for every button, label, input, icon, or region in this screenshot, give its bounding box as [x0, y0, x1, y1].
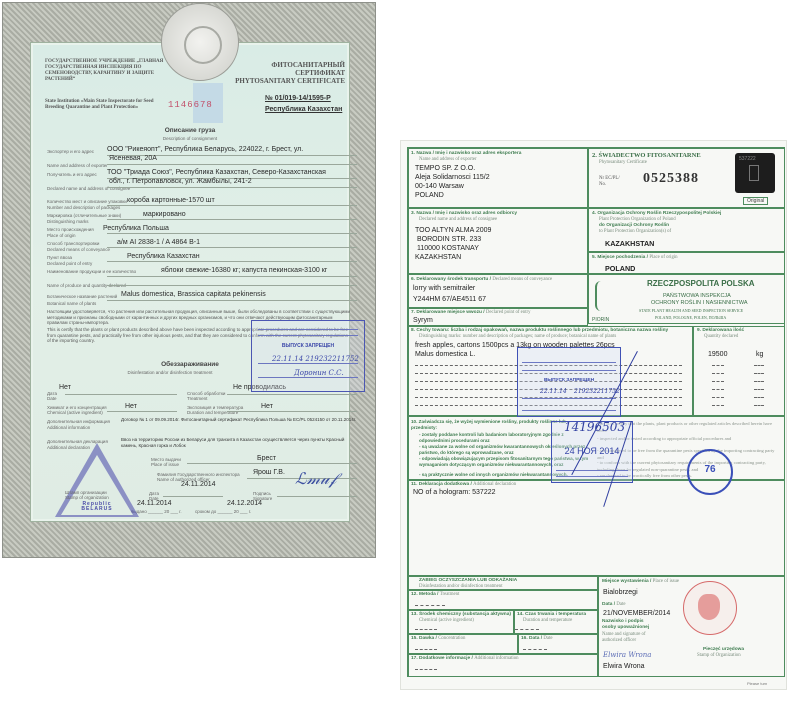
release-prohibited-stamp: ВЫПУСК ЗАПРЕЩЕН 22.11.14 219232211752 [517, 347, 621, 417]
box-label-2-en: to Plant Protection Organization(s) of [599, 229, 671, 234]
officer-name: Elwira Wrona [603, 663, 645, 670]
exporter-line: TEMPO SP. Z O.O. [415, 165, 475, 172]
piorin-line: STATE PLANT HEALTH AND SEED INSPECTION S… [639, 308, 743, 313]
chemical-value: Нет [125, 403, 137, 410]
destination-org-value: KAZAKHSTAN [605, 239, 654, 248]
label-en: Date [47, 396, 57, 401]
label-pl: 12. Metoda [411, 592, 436, 597]
label-en: Number and description of packages [47, 205, 120, 210]
field-exporter: Экспортер и его адрес ООО "Рикеяопт", Ре… [47, 146, 357, 168]
label-ru: Пункт ввоза [47, 255, 72, 260]
label-pl: 11. Deklaracja dodatkowa [411, 482, 469, 487]
consignee-line: BORODIN STR. 233 [417, 236, 481, 243]
label-pl: 15. Dawka [411, 636, 434, 641]
goods-line: Malus domestica L. [415, 351, 475, 358]
hologram-icon: 537222 [735, 153, 775, 193]
poland-phytosanitary-certificate: 1. Nazwa / Imię i nazwisko oraz adres ek… [400, 140, 787, 690]
botanical-value: Malus domestica, Brassica capitata pekin… [121, 291, 266, 298]
box-certificate-number: 2. ŚWIADECTWO FITOSANITARNE Phytosanitar… [588, 148, 785, 208]
box-quantity: 9. Deklarowana ilość Quantity declared 1… [693, 326, 785, 416]
label-en: Distinguishing marks [47, 219, 89, 224]
issue-date-value: 21/NOVEMBER/2014 [603, 610, 670, 617]
certificate-title: ФИТОСАНИТАРНЫЙ СЕРТИФИКАТ PHYTOSANITARY … [235, 61, 345, 85]
label-ru: Количество мест и описание упаковки [47, 199, 127, 204]
additional-info-row: Дополнительная информация Additional inf… [47, 417, 357, 431]
box-chemical: 13. Środek chemiczny (substancja aktywna… [408, 610, 514, 634]
quantity-unit: kg [756, 351, 763, 358]
conveyance-line: Y244HM 67/AE4511 67 [413, 296, 486, 303]
stamp-handwriting: 22.11.14 [540, 388, 567, 395]
box-conveyance: 6. Deklarowany środek transportu / Decla… [408, 274, 588, 308]
place-of-issue-label: Miejsce wystawienia / Place of issue [602, 579, 679, 584]
field-entry-point: Пункт ввоза Республика Казахстан Declare… [47, 253, 357, 267]
label-en: Name and address of exporter [47, 163, 108, 168]
officer-signature: Elwira Wrona [603, 651, 651, 659]
box-label-en: Name and address of exporter [419, 157, 477, 162]
place-of-issue-value: Bialobrzegi [603, 589, 638, 596]
box-label-en: Plant Protection Organization of Poland [599, 217, 676, 222]
label-ru: Получатель и его адрес [47, 172, 97, 177]
label-en: Treatment [440, 592, 460, 597]
box-label-en: Phytosanitary Certificate [599, 160, 647, 165]
label-pl: Data [602, 602, 612, 607]
piorin-logo-icon [595, 281, 611, 311]
box-duration: 14. Czas trwania i temperatura Duration … [514, 610, 598, 634]
nr-label: Nr EC/PL/ [599, 176, 620, 181]
box-additional-declaration: 11. Deklaracja dodatkowa / Additional de… [408, 480, 785, 576]
field-consignee: Получатель и его адрес ТОО "Триада Союз"… [47, 169, 357, 191]
piorin-line: PAŃSTWOWA INSPEKCJA [663, 293, 731, 299]
label-pl: 5. Miejsce pochodzenia [592, 255, 645, 260]
place-of-issue-value: Брест [257, 455, 276, 462]
box-label: 8. Cechy towaru: liczba i rodzaj opakowa… [411, 328, 668, 333]
additional-info-value: Договор № 1 от 09.09.2014г. Фитосанитарн… [121, 417, 359, 423]
stamp-label-en: Stamp of Organization [697, 653, 741, 658]
additional-declaration-value: NO of a hologram: 537222 [413, 489, 496, 496]
box-label-en: Chemical (active ingredient) [419, 618, 474, 623]
box-place-of-origin: 5. Miejsce pochodzenia / Place of origin… [588, 252, 785, 274]
label-en: Place of issue [151, 462, 179, 467]
release-prohibited-stamp: ВЫПУСК ЗАПРЕЩЕН 22.11.14 219232211752 До… [251, 320, 365, 392]
label-ru: Ботаническое название растений [47, 294, 117, 299]
label-pl: 6. Deklarowany środek transportu [411, 277, 488, 282]
label-en: Place of origin [47, 233, 76, 238]
label-en: Stamp of organization [65, 495, 109, 500]
exporter-line: 00-140 Warsaw [415, 183, 464, 190]
stamp-handwriting: Доронин С.С. [294, 369, 344, 377]
box-treatment-method: 12. Metoda / Treatment [408, 590, 598, 610]
box-label: 17. Dodatkowe informacje / Additional in… [411, 656, 519, 661]
conveyance-value: а/м AI 2838-1 / A 4864 B-1 [117, 239, 200, 246]
label-en: Additional information [47, 425, 90, 430]
title-en: PHYTOSANITARY CERTIFICATE [235, 77, 345, 85]
additional-declaration-value: Ввоз на территорию России из Беларуси дл… [121, 437, 361, 448]
box-label: 9. Deklarowana ilość [697, 328, 744, 333]
nr-label-en: No. [599, 182, 606, 187]
label-en: Declared point of entry [486, 310, 531, 315]
stamp-label: Pieczęć urzędowa [703, 647, 744, 652]
label-en: Place of issue [653, 579, 679, 584]
box-plant-protection-org: 4. Organizacja Ochrony Roślin Rzeczyposp… [588, 208, 785, 252]
origin-value: Республика Польша [103, 225, 169, 232]
treatment-row-2: Химикат и его концентрация Chemical (act… [47, 402, 357, 416]
stamp-title: ВЫПУСК ЗАПРЕЩЕН [518, 378, 620, 383]
exporter-line: POLAND [415, 192, 444, 199]
box-label: 4. Organizacja Ochrony Roślin Rzeczyposp… [592, 211, 721, 216]
exporter-value: ООО "Рикеяопт", Республика Беларусь, 224… [107, 146, 303, 153]
customs-circle-stamp: 76 [687, 449, 733, 495]
stamp-handwriting: 22.11.14 219232211752 [272, 355, 359, 363]
label-ru: Маркировка (отличительные знаки) [47, 213, 121, 218]
label-en: Concentration [438, 636, 465, 641]
label-en: Chemical (active ingredient) [47, 410, 103, 415]
hologram-number: 537222 [739, 156, 756, 162]
packages-value: короба картонные-1570 шт [127, 197, 215, 204]
box-label-2: do Organizacji Ochrony Roślin [599, 223, 669, 228]
piorin-title: RZECZPOSPOLITA POLSKA [647, 279, 755, 288]
stamp-number: 76 [689, 464, 731, 475]
box-treatment-header: ZABIEG OCZYSZCZANIA LUB ODKAŻANIA Disinf… [408, 576, 598, 590]
consignment-subtitle: Description of consignment [3, 136, 377, 141]
piorin-line: OCHRONY ROŚLIN I NASIENNICTWA [651, 300, 748, 306]
box-label: 15. Dawka / Concentration [411, 636, 465, 641]
piorin-line: POLAND, POLOGNE, POLEN, ПОЛЬША [655, 315, 726, 320]
field-conveyance: Способ транспортировки а/м AI 2838-1 / A… [47, 239, 357, 253]
label-ru: Место происхождения [47, 227, 94, 232]
label-pl: 17. Dodatkowe informacje [411, 656, 470, 661]
box-label-en: Disinfestation and/or disinfection treat… [419, 584, 503, 589]
box-label: 12. Metoda / Treatment [411, 592, 459, 597]
box-label: 16. Data / Date [521, 636, 552, 641]
marks-value: маркировано [143, 211, 186, 218]
consignee-value: ТОО "Триада Союз", Республика Казахстан,… [107, 169, 326, 176]
box-issue: Miejsce wystawienia / Place of issue Bia… [598, 576, 785, 677]
destination-country: Республика Казахстан [265, 106, 342, 113]
box-label: 1. Nazwa / Imię i nazwisko oraz adres ek… [411, 151, 521, 156]
box-label: 11. Deklaracja dodatkowa / Additional de… [411, 482, 516, 487]
issued-date: 24.11.2014 [137, 500, 172, 507]
label-en: Additional information [474, 656, 518, 661]
consignee-line: TOO ALTYN ALMA 2009 [415, 227, 491, 234]
box-label: 2. ŚWIADECTWO FITOSANITARNE [592, 152, 701, 159]
hologram-mark [749, 165, 759, 181]
box-label: 5. Miejsce pochodzenia / Place of origin [592, 255, 678, 260]
label-en: Declared means of conveyance [47, 247, 110, 252]
label-pl: 7. Deklarowane miejsce wwozu [411, 310, 482, 315]
label-en: Date [616, 602, 625, 607]
produce-value: яблоки свежие-16380 кг; капуста пекинска… [161, 267, 327, 274]
exporter-value-line2: Ясеневая, 20А [109, 155, 157, 162]
box-label: 6. Deklarowany środek transportu / Decla… [411, 277, 552, 282]
quantity-value: 19500 [708, 351, 727, 358]
institution-name-ru: ГОСУДАРСТВЕННОЕ УЧРЕЖДЕНИЕ „ГЛАВНАЯ ГОСУ… [45, 59, 165, 83]
label-ru: Дополнительная информация [47, 419, 110, 424]
label-en: Botanical name of plants [47, 301, 96, 306]
entry-point-value: Республика Казахстан [127, 253, 200, 260]
piorin-logo-text: PIORIN [592, 317, 609, 323]
field-botanical-name: Ботаническое название растений Malus dom… [47, 291, 357, 307]
origin-value: POLAND [605, 264, 635, 273]
officer-label-en: Name and signature of authorized officer [602, 632, 652, 644]
label-ru: Способ транспортировки [47, 241, 99, 246]
valid-until-suffix: сроком до ______ 20 ___ г. [195, 509, 251, 514]
consignment-title: Описание груза [3, 127, 377, 134]
consignee-line: KAZAKHSTAN [415, 254, 461, 261]
label-en: Date [543, 636, 552, 641]
field-origin: Место происхождения Республика Польша Pl… [47, 225, 357, 239]
label-en: Declared point of entry [47, 261, 92, 266]
officer-label: Nazwisko i podpis osoby upoważnionej [602, 619, 652, 631]
serial-number: 1146678 [168, 100, 213, 110]
box-label: 7. Deklarowane miejsce wwozu / Declared … [411, 310, 531, 315]
consignee-value-line2: обл., г. Петропавловск, ул. Жамбылы, 241… [109, 178, 252, 185]
box-label: 13. Środek chemiczny (substancja aktywna… [411, 612, 511, 617]
original-label: Original [743, 197, 768, 205]
certificate-number: 0525388 [643, 171, 699, 187]
treatment-date-value: Нет [59, 384, 71, 391]
title-ru: ФИТОСАНИТАРНЫЙ СЕРТИФИКАТ [235, 61, 345, 77]
label-en: Treatment [187, 396, 207, 401]
label-ru: Наименование продукции и ее количество [47, 269, 136, 274]
belarus-emblem-icon [161, 3, 239, 81]
field-marks: Маркировка (отличительные знаки) маркиро… [47, 211, 357, 225]
field-packages: Количество мест и описание упаковки коро… [47, 197, 357, 211]
box-point-of-entry: 7. Deklarowane miejsce wwozu / Declared … [408, 308, 588, 326]
stamp-text: Republic BELARUS [71, 502, 123, 512]
label-en: Declared means of conveyance [492, 277, 552, 282]
box-label-en: Declared name and address of consignee [419, 217, 497, 222]
box-additional-info: 17. Dodatkowe informacje / Additional in… [408, 654, 598, 677]
box-consignee: 3. Nazwa / Imię i nazwisko oraz adres od… [408, 208, 588, 274]
box-exporter: 1. Nazwa / Imię i nazwisko oraz adres ek… [408, 148, 588, 208]
valid-until-date: 24.12.2014 [227, 500, 262, 507]
box-label: 3. Nazwa / Imię i nazwisko oraz adres od… [411, 211, 517, 216]
inspector-signature: ℒ𝓂𝓊𝒻 [295, 469, 336, 489]
duration-value: Нет [261, 403, 273, 410]
box-label-en: Quantity declared [704, 334, 738, 339]
exporter-line: Aleja Solidarnosci 115/2 [415, 174, 490, 181]
date-value: 24.11.2014 [181, 481, 216, 488]
field-produce: Наименование продукции и ее количество я… [47, 267, 357, 283]
consignee-line: 110000 KOSTANAY [417, 245, 479, 252]
entry-point-value: Syrym [413, 317, 433, 324]
belarus-phytosanitary-certificate: ГОСУДАРСТВЕННОЕ УЧРЕЖДЕНИЕ „ГЛАВНАЯ ГОСУ… [2, 2, 376, 558]
label-pl: Miejsce wystawienia [602, 579, 649, 584]
official-seal-icon [683, 581, 737, 635]
box-label: 14. Czas trwania i temperatura [517, 612, 586, 617]
piorin-header: PIORIN RZECZPOSPOLITA POLSKA PAŃSTWOWA I… [588, 274, 785, 324]
label-pl: 16. Data [521, 636, 539, 641]
box-treatment-date: 16. Data / Date [518, 634, 598, 654]
date-label: Data / Date [602, 602, 625, 607]
stamp-title: ВЫПУСК ЗАПРЕЩЕН [252, 343, 364, 349]
institution-name-en: State Institution «Main State Inspectora… [45, 99, 165, 111]
box-label-en: Duration and temperature [523, 618, 572, 623]
conveyance-line: lorry with semitrailer [413, 285, 475, 292]
box-concentration: 15. Dawka / Concentration [408, 634, 518, 654]
officer-name: Ярош Г.В. [253, 469, 285, 476]
box-label: ZABIEG OCZYSZCZANIA LUB ODKAŻANIA [419, 578, 517, 583]
label-en: Place of origin [649, 255, 677, 260]
label-ru: Экспортер и его адрес [47, 149, 94, 154]
box-label-en: Distinguishing marks: number and descrip… [419, 334, 616, 339]
label-en: Additional declaration [473, 482, 516, 487]
please-turn-note: Please turn [747, 681, 767, 686]
certificate-number: № 01/019-14/1595-P [265, 95, 331, 102]
